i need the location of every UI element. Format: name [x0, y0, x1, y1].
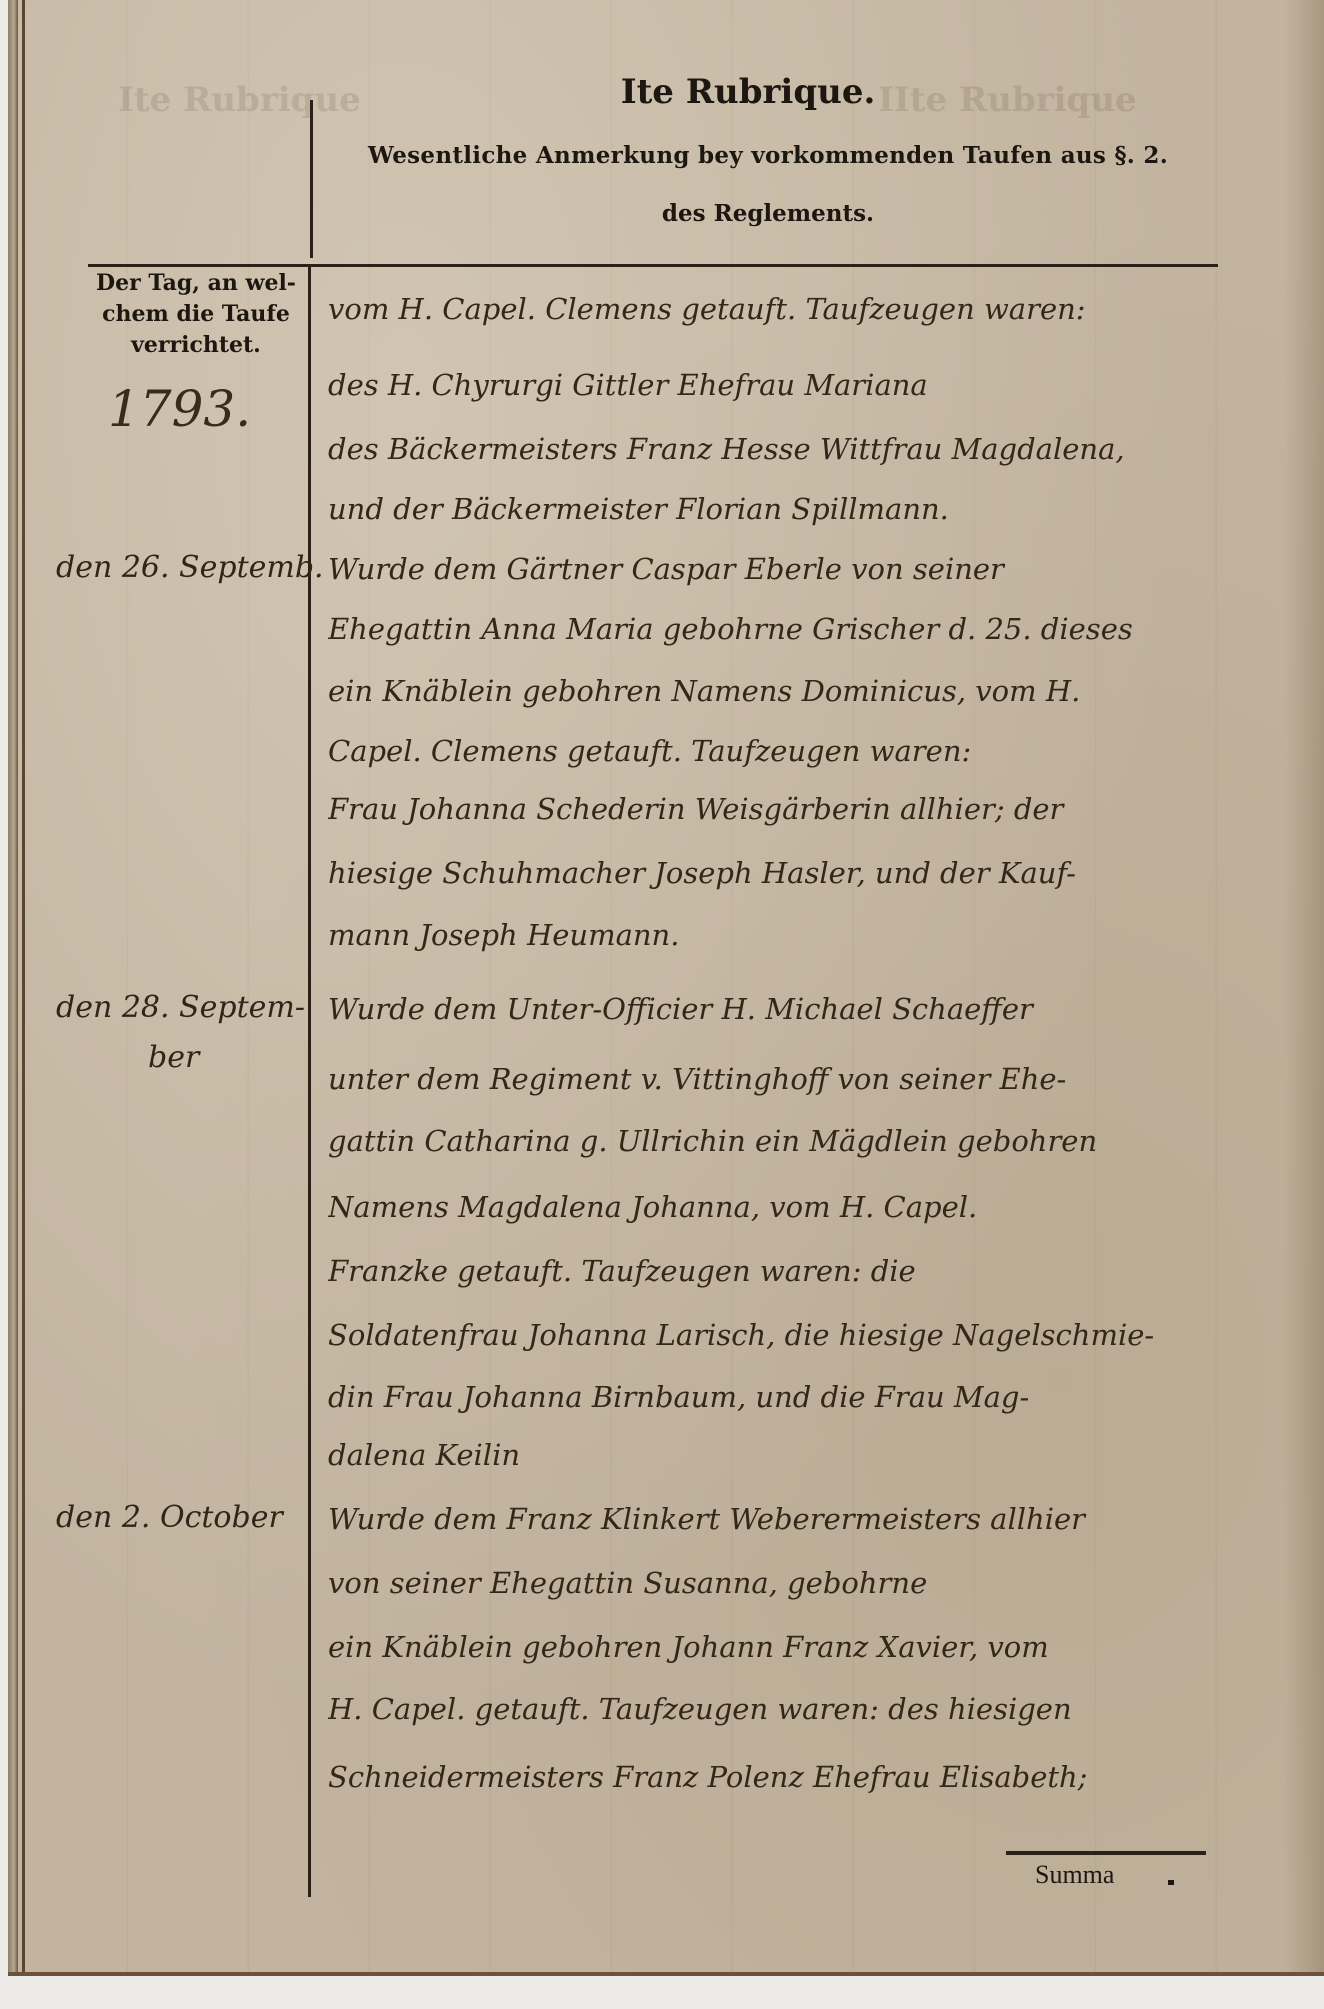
- entry-text-line: Wurde dem Unter-Officier H. Michael Scha…: [328, 992, 1298, 1026]
- entry-text-line: Namens Magdalena Johanna, vom H. Capel.: [328, 1190, 1298, 1224]
- date-column-heading-line: chem die Taufe: [86, 299, 306, 330]
- date-column-heading-line: verrichtet.: [86, 330, 306, 361]
- summa-rule: [1006, 1851, 1206, 1855]
- header-vertical-rule: [310, 100, 313, 258]
- entry-text-line: ein Knäblein gebohren Johann Franz Xavie…: [328, 1630, 1298, 1664]
- summa-value-mark: [1168, 1880, 1174, 1885]
- book-spine: [8, 0, 18, 1972]
- entry-text-line: und der Bäckermeister Florian Spillmann.: [328, 492, 1298, 526]
- register-page: Ite Rubrique IIte Rubrique Ite Rubrique.…: [8, 0, 1324, 1976]
- entry-text-line: Frau Johanna Schederin Weisgärberin allh…: [328, 792, 1298, 826]
- entry-text-line: ein Knäblein gebohren Namens Dominicus, …: [328, 674, 1298, 708]
- entry-text-line: des H. Chyrurgi Gittler Ehefrau Mariana: [328, 368, 1298, 402]
- baptism-date: den 2. October: [56, 1500, 283, 1535]
- entry-text-line: Ehegattin Anna Maria gebohrne Grischer d…: [328, 612, 1298, 646]
- entry-text-line: gattin Catharina g. Ullrichin ein Mägdle…: [328, 1124, 1298, 1158]
- entry-text-line: Wurde dem Gärtner Caspar Eberle von sein…: [328, 552, 1298, 586]
- entry-text-line: vom H. Capel. Clemens getauft. Taufzeuge…: [328, 292, 1298, 326]
- entry-text-line: Soldatenfrau Johanna Larisch, die hiesig…: [328, 1318, 1298, 1352]
- page-subtitle: Wesentliche Anmerkung bey vorkommenden T…: [358, 142, 1178, 169]
- page-title: Ite Rubrique.: [508, 72, 988, 112]
- entry-text-line: unter dem Regiment v. Vittinghoff von se…: [328, 1062, 1298, 1096]
- entry-text-line: hiesige Schuhmacher Joseph Hasler, und d…: [328, 856, 1298, 890]
- date-column-heading: Der Tag, an wel- chem die Taufe verricht…: [86, 268, 306, 361]
- date-column-heading-line: Der Tag, an wel-: [86, 268, 306, 299]
- baptism-date: den 28. Septem-: [56, 990, 305, 1025]
- entry-text-line: H. Capel. getauft. Taufzeugen waren: des…: [328, 1692, 1298, 1726]
- entry-text-line: des Bäckermeisters Franz Hesse Wittfrau …: [328, 432, 1298, 466]
- register-year: 1793.: [108, 380, 251, 438]
- summa-label: Summa: [1035, 1860, 1114, 1890]
- page-subtitle-2: des Reglements.: [558, 200, 978, 227]
- column-divider: [308, 265, 311, 1897]
- header-horizontal-rule: [88, 264, 1218, 267]
- entry-text-line: dalena Keilin: [328, 1438, 1298, 1472]
- entry-text-line: mann Joseph Heumann.: [328, 918, 1298, 952]
- entry-text-line: Schneidermeisters Franz Polenz Ehefrau E…: [328, 1760, 1298, 1794]
- entry-text-line: von seiner Ehegattin Susanna, gebohrne: [328, 1566, 1298, 1600]
- baptism-date-continuation: ber: [148, 1040, 199, 1075]
- entry-text-line: din Frau Johanna Birnbaum, und die Frau …: [328, 1380, 1298, 1414]
- entry-text-line: Capel. Clemens getauft. Taufzeugen waren…: [328, 734, 1298, 768]
- baptism-date: den 26. Septemb.: [56, 550, 324, 585]
- bleed-through-text-left: Ite Rubrique: [118, 80, 361, 120]
- background-surface: [0, 1976, 1324, 2009]
- entry-text-line: Wurde dem Franz Klinkert Weberermeisters…: [328, 1502, 1298, 1536]
- entry-text-line: Franzke getauft. Taufzeugen waren: die: [328, 1254, 1298, 1288]
- page-border-line: [22, 0, 25, 1972]
